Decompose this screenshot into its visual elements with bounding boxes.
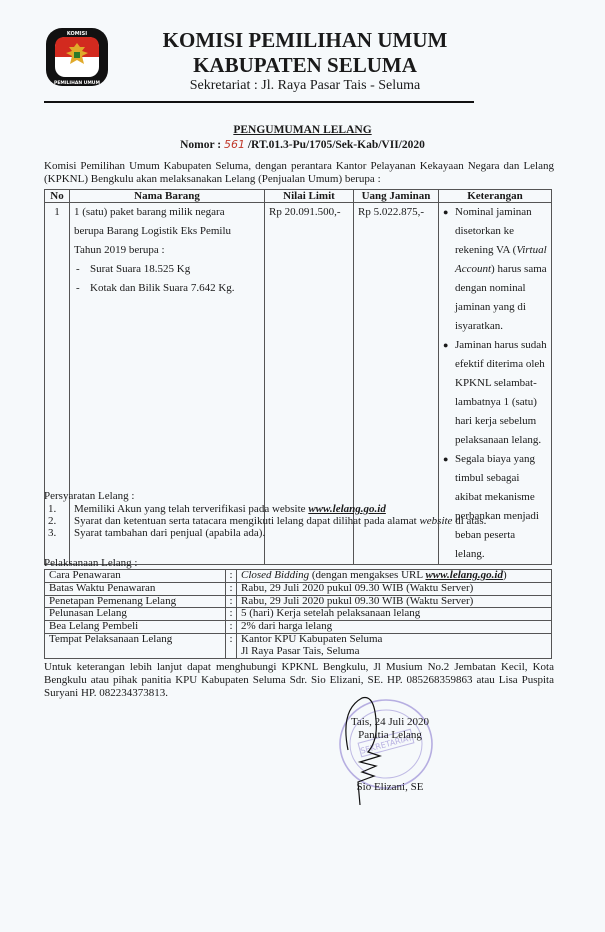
svg-text:KOMISI: KOMISI — [67, 31, 87, 37]
bullet-icon: ● — [443, 336, 455, 450]
row-separator: : — [226, 595, 237, 608]
row-value: Rabu, 29 Juli 2020 pukul 09.30 WIB (Wakt… — [237, 595, 552, 608]
bullet-icon: ● — [443, 203, 455, 336]
lelang-url-link[interactable]: www.lelang.go.id — [425, 569, 503, 581]
row-key: Bea Lelang Pembeli — [45, 621, 226, 634]
table-row: Batas Waktu Penawaran : Rabu, 29 Juli 20… — [45, 582, 552, 595]
signature-place-date: Tais, 24 Juli 2020 — [330, 716, 450, 728]
contact-paragraph: Untuk keterangan lebih lanjut dapat meng… — [44, 661, 554, 700]
item-surat-suara: Surat Suara 18.525 Kg — [90, 260, 190, 279]
row-key: Pelunasan Lelang — [45, 608, 226, 621]
row-value: Rabu, 29 Juli 2020 pukul 09.30 WIB (Wakt… — [237, 582, 552, 595]
kpu-logo-icon: KOMISI PEMILIHAN UMUM — [44, 26, 110, 88]
persyaratan-title: Persyaratan Lelang : — [44, 490, 134, 502]
row-separator: : — [226, 582, 237, 595]
header-nama-barang: Nama Barang — [70, 190, 265, 203]
row-separator: : — [226, 621, 237, 634]
table-row: Penetapan Pemenang Lelang : Rabu, 29 Jul… — [45, 595, 552, 608]
header-uang-jaminan: Uang Jaminan — [354, 190, 439, 203]
table-header-row: No Nama Barang Nilai Limit Uang Jaminan … — [45, 190, 552, 203]
item-kotak-bilik: Kotak dan Bilik Suara 7.642 Kg. — [90, 279, 235, 298]
letterhead-subtitle: Sekretariat : Jl. Raya Pasar Tais - Selu… — [120, 78, 490, 94]
nama-barang-line: Tahun 2019 berupa : — [74, 241, 260, 260]
row-value: Kantor KPU Kabupaten SelumaJl Raya Pasar… — [237, 633, 552, 658]
row-value: Closed Bidding (dengan mengakses URL www… — [237, 570, 552, 583]
signature-name: Sio Elizani, SE — [330, 781, 450, 793]
list-item: 1. Memiliki Akun yang telah terverifikas… — [44, 503, 486, 515]
row-separator: : — [226, 570, 237, 583]
nama-barang-line: berupa Barang Logistik Eks Pemilu — [74, 222, 260, 241]
letterhead-divider — [44, 101, 474, 103]
table-row: Cara Penawaran : Closed Bidding (dengan … — [45, 570, 552, 583]
list-item: -Surat Suara 18.525 Kg — [74, 260, 260, 279]
pelaksanaan-title: Pelaksanaan Lelang : — [44, 557, 137, 569]
list-item: ● Jaminan harus sudah efektif diterima o… — [443, 336, 547, 450]
row-value: 2% dari harga lelang — [237, 621, 552, 634]
nomor-handwritten: 561 — [224, 138, 245, 151]
row-key: Tempat Pelaksanaan Lelang — [45, 633, 226, 658]
nama-barang-line: 1 (satu) paket barang milik negara — [74, 203, 260, 222]
list-item: 3. Syarat tambahan dari penjual (apabila… — [44, 527, 486, 539]
row-key: Cara Penawaran — [45, 570, 226, 583]
document-title-text: PENGUMUMAN LELANG — [233, 124, 371, 136]
list-item: 2. Syarat dan ketentuan serta tatacara m… — [44, 515, 486, 527]
nomor-label: Nomor : — [180, 139, 221, 151]
row-separator: : — [226, 608, 237, 621]
row-separator: : — [226, 633, 237, 658]
list-item: -Kotak dan Bilik Suara 7.642 Kg. — [74, 279, 260, 298]
table-row: Bea Lelang Pembeli : 2% dari harga lelan… — [45, 621, 552, 634]
row-key: Batas Waktu Penawaran — [45, 582, 226, 595]
svg-text:PEMILIHAN UMUM: PEMILIHAN UMUM — [54, 80, 100, 86]
intro-paragraph: Komisi Pemilihan Umum Kabupaten Seluma, … — [44, 160, 554, 185]
signature-role: Panitia Lelang — [330, 729, 450, 741]
pelaksanaan-table: Cara Penawaran : Closed Bidding (dengan … — [44, 569, 552, 659]
header-no: No — [45, 190, 70, 203]
letterhead-title-line2: KABUPATEN SELUMA — [120, 53, 490, 78]
document-title: PENGUMUMAN LELANG — [0, 124, 605, 136]
document-number: Nomor : 561 /RT.01.3-Pu/1705/Sek-Kab/VII… — [0, 138, 605, 151]
header-keterangan: Keterangan — [439, 190, 552, 203]
persyaratan-list: 1. Memiliki Akun yang telah terverifikas… — [44, 503, 486, 539]
header-nilai-limit: Nilai Limit — [265, 190, 354, 203]
row-key: Penetapan Pemenang Lelang — [45, 595, 226, 608]
lelang-website-link[interactable]: www.lelang.go.id — [308, 503, 386, 515]
letterhead-title-line1: KOMISI PEMILIHAN UMUM — [120, 28, 490, 53]
row-value: 5 (hari) Kerja setelah pelaksanaan lelan… — [237, 608, 552, 621]
table-row: Tempat Pelaksanaan Lelang : Kantor KPU K… — [45, 633, 552, 658]
nomor-rest: /RT.01.3-Pu/1705/Sek-Kab/VII/2020 — [248, 139, 425, 151]
list-item: ● Nominal jaminan disetorkan ke rekening… — [443, 203, 547, 336]
table-row: Pelunasan Lelang : 5 (hari) Kerja setela… — [45, 608, 552, 621]
